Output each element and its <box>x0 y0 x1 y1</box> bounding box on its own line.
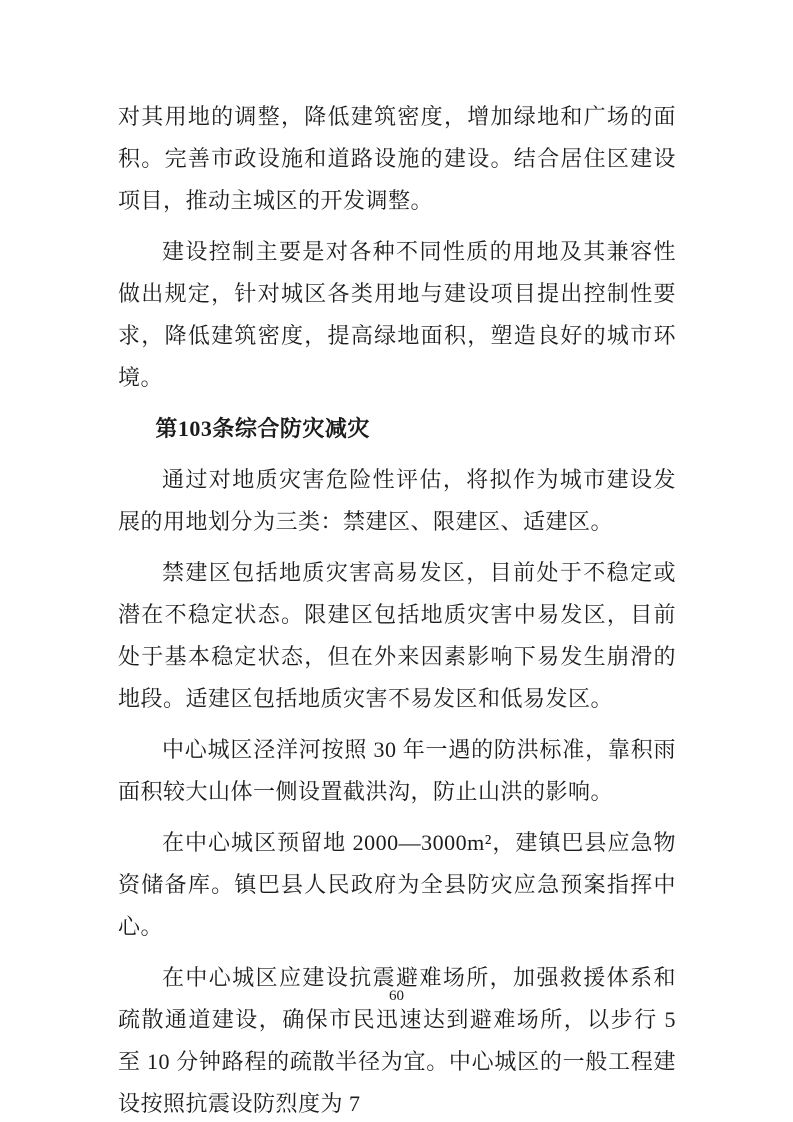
paragraph: 中心城区泾洋河按照 30 年一遇的防洪标准，靠积雨面积较大山体一侧设置截洪沟，防… <box>118 729 676 813</box>
paragraph: 在中心城区预留地 2000—3000m²，建镇巴县应急物资储备库。镇巴县人民政府… <box>118 822 676 948</box>
page-number: 60 <box>0 986 793 1006</box>
paragraph: 通过对地质灾害危险性评估，将拟作为城市建设发展的用地划分为三类：禁建区、限建区、… <box>118 459 676 543</box>
paragraph: 在中心城区应建设抗震避难场所，加强救援体系和疏散通道建设，确保市民迅速达到避难场… <box>118 957 676 1122</box>
paragraph: 建设控制主要是对各种不同性质的用地及其兼容性做出规定，针对城区各类用地与建设项目… <box>118 231 676 399</box>
document-body: 对其用地的调整，降低建筑密度，增加绿地和广场的面积。完善市政设施和道路设施的建设… <box>118 96 676 1122</box>
paragraph: 对其用地的调整，降低建筑密度，增加绿地和广场的面积。完善市政设施和道路设施的建设… <box>118 96 676 222</box>
document-page: 对其用地的调整，降低建筑密度，增加绿地和广场的面积。完善市政设施和道路设施的建设… <box>0 0 793 1122</box>
section-heading: 第103条综合防灾减灾 <box>118 408 676 450</box>
paragraph: 禁建区包括地质灾害高易发区，目前处于不稳定或潜在不稳定状态。限建区包括地质灾害中… <box>118 552 676 720</box>
